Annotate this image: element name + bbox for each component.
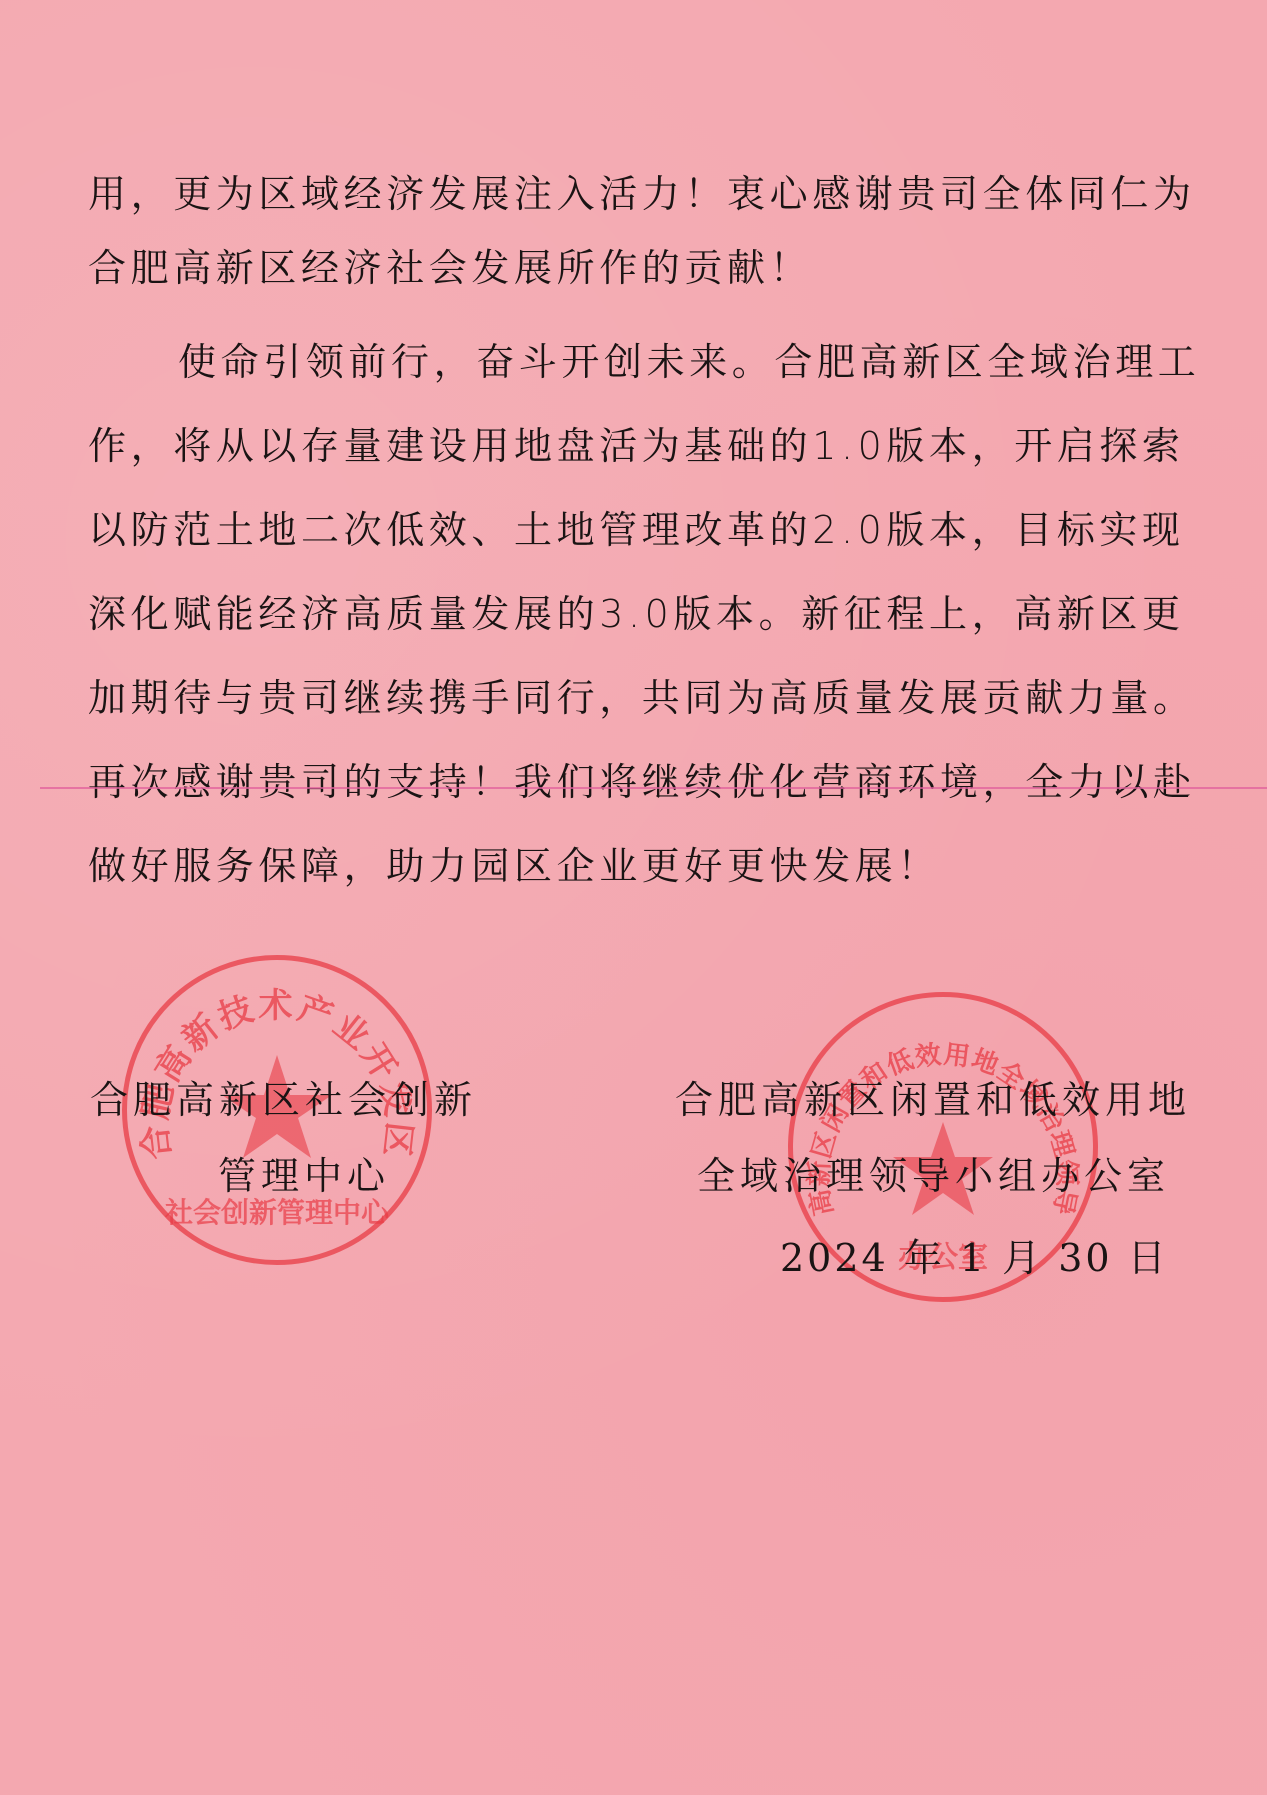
body-line-3: 使命引领前行，奋斗开创未来。合肥高新区全域治理工	[178, 338, 1267, 386]
scan-artifact-line	[40, 787, 1267, 789]
body-line-2: 合肥高新区经济社会发展所作的贡献！	[88, 244, 1208, 292]
left-seal-inner-text: 社会创新管理中心	[164, 1196, 390, 1229]
body-line-5: 以防范土地二次低效、土地管理改革的2.0版本，目标实现	[88, 506, 1208, 554]
right-signature-line-2: 全域治理领导小组办公室	[697, 1152, 1170, 1200]
left-signature-line-2: 管理中心	[218, 1152, 390, 1200]
body-line-8: 再次感谢贵司的支持！我们将继续优化营商环境，全力以赴	[88, 758, 1208, 806]
body-line-6: 深化赋能经济高质量发展的3.0版本。新征程上，高新区更	[88, 590, 1208, 638]
left-signature-line-1: 合肥高新区社会创新	[90, 1076, 477, 1124]
body-line-7: 加期待与贵司继续携手同行，共同为高质量发展贡献力量。	[88, 674, 1208, 722]
body-line-1: 用，更为区域经济发展注入活力！衷心感谢贵司全体同仁为	[88, 170, 1208, 218]
body-line-9: 做好服务保障，助力园区企业更好更快发展！	[88, 842, 1208, 890]
right-signature-line-1: 合肥高新区闲置和低效用地	[675, 1076, 1191, 1124]
body-line-4: 作，将从以存量建设用地盘活为基础的1.0版本，开启探索	[88, 422, 1208, 470]
signature-date: 2024 年 1 月 30 日	[780, 1234, 1169, 1282]
